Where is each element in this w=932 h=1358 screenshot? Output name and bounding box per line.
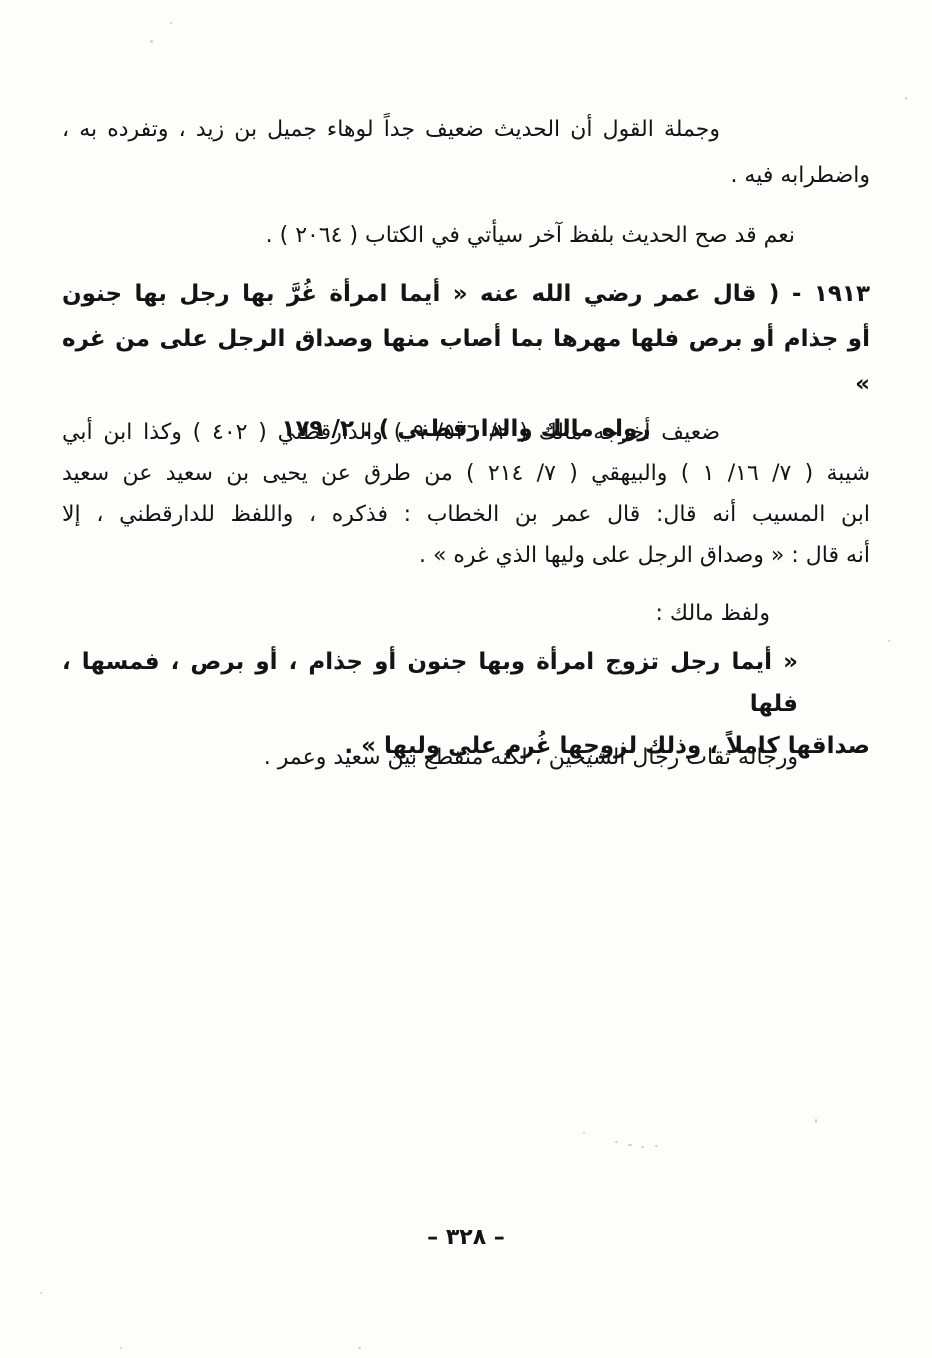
scan-speck bbox=[615, 1141, 618, 1143]
scan-speck bbox=[888, 640, 890, 642]
scan-speck bbox=[583, 1132, 585, 1134]
paragraph-malik-label: ولفظ مالك : bbox=[62, 591, 870, 637]
hadith-matn-line: ١٩١٣ - ( قال عمر رضي الله عنه « أيما امر… bbox=[62, 272, 870, 317]
scan-speck bbox=[40, 1292, 42, 1294]
text-line: ضعيف أخرجه مالك ( ٢/ ٥٢٦/ ٩ ) والدارقطني… bbox=[62, 412, 870, 453]
scan-speck bbox=[815, 1119, 817, 1123]
text-line: واضطرابه فيه . bbox=[62, 153, 870, 199]
quote-line: « أيما رجل تزوج امرأة وبها جنون أو جذام … bbox=[62, 641, 870, 725]
scan-speck bbox=[120, 1347, 122, 1349]
page-number: – ٣٢٨ – bbox=[0, 1225, 932, 1250]
scan-speck bbox=[170, 22, 172, 24]
scan-speck bbox=[628, 1144, 632, 1146]
hadith-matn-line: أو جذام أو برص فلها مهرها بما أصاب منها … bbox=[62, 317, 870, 407]
text-line: شيبة ( ٧/ ١٦/ ١ ) والبيهقي ( ٧/ ٢١٤ ) من… bbox=[62, 453, 870, 494]
scanned-book-page: وجملة القول أن الحديث ضعيف جداً لوهاء جم… bbox=[0, 0, 932, 1358]
text-line: أنه قال : « وصداق الرجل على وليها الذي غ… bbox=[62, 535, 870, 576]
scan-speck bbox=[150, 40, 153, 43]
paragraph-isnad-comment: ورجاله ثقات رجال الشيخين ، لكنه منقطع بي… bbox=[62, 735, 870, 781]
text-line: وجملة القول أن الحديث ضعيف جداً لوهاء جم… bbox=[62, 107, 870, 153]
paragraph-authenticity-note: نعم قد صح الحديث بلفظ آخر سيأتي في الكتا… bbox=[62, 213, 870, 259]
scan-speck bbox=[905, 97, 907, 100]
scan-speck bbox=[655, 1145, 658, 1147]
text-line: ولفظ مالك : bbox=[62, 591, 870, 637]
paragraph-closing-remark: وجملة القول أن الحديث ضعيف جداً لوهاء جم… bbox=[62, 107, 870, 199]
text-line: نعم قد صح الحديث بلفظ آخر سيأتي في الكتا… bbox=[62, 213, 870, 259]
scan-speck bbox=[641, 1146, 644, 1148]
scan-speck bbox=[358, 1347, 361, 1349]
text-line: ابن المسيب أنه قال: قال عمر بن الخطاب : … bbox=[62, 494, 870, 535]
text-line: ورجاله ثقات رجال الشيخين ، لكنه منقطع بي… bbox=[62, 735, 870, 781]
paragraph-takhrij: ضعيف أخرجه مالك ( ٢/ ٥٢٦/ ٩ ) والدارقطني… bbox=[62, 412, 870, 576]
